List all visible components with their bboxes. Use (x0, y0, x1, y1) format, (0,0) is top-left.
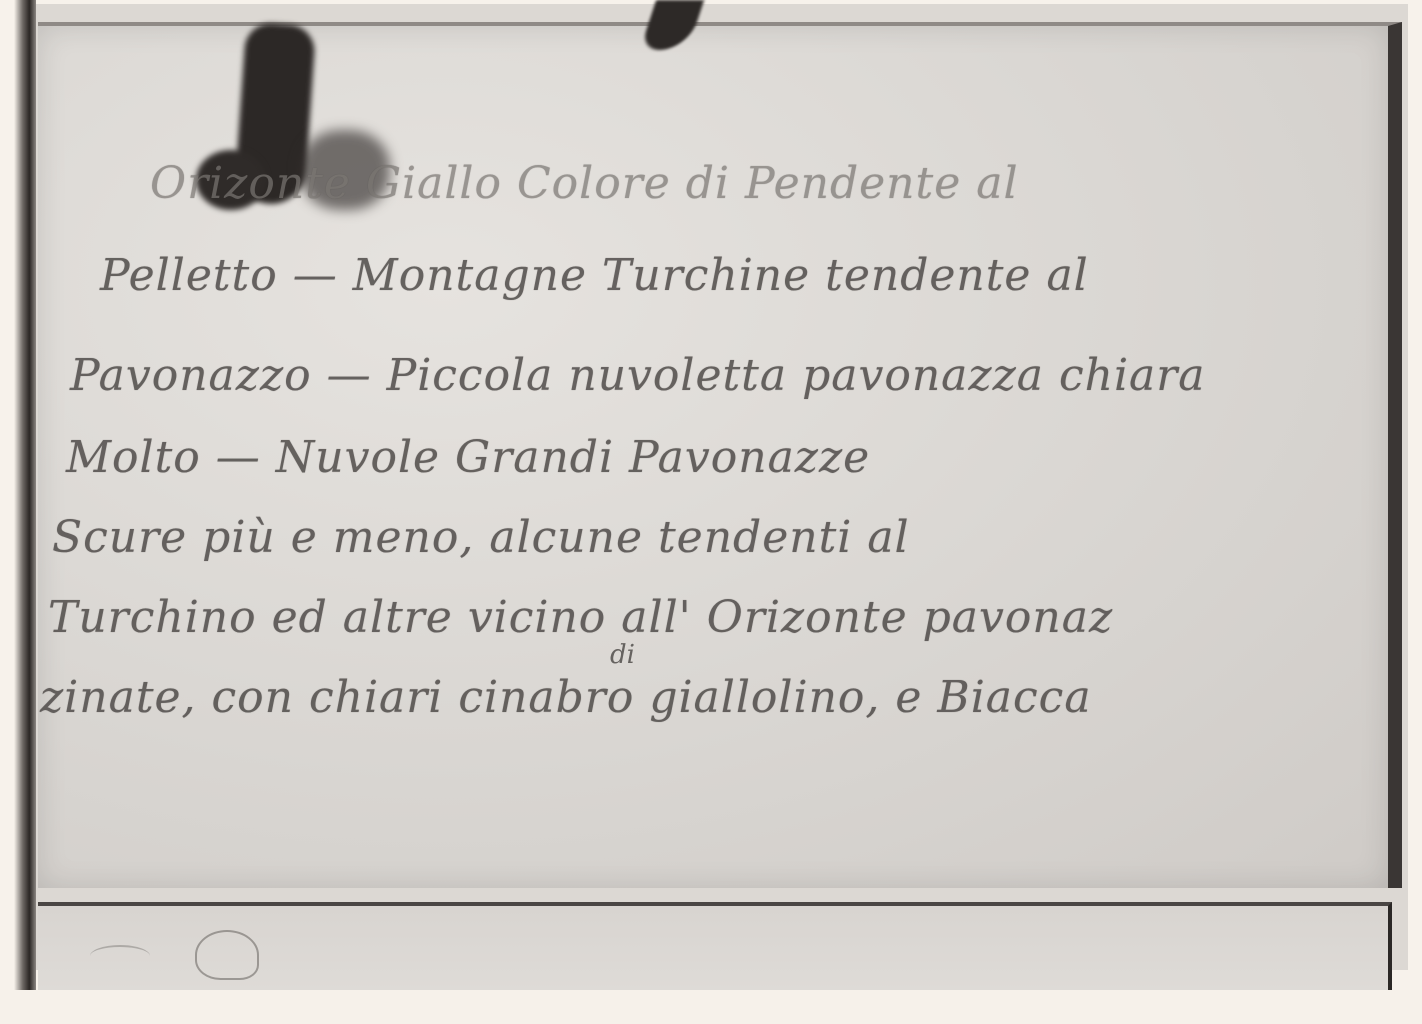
interlinear-insertion: di (610, 640, 635, 670)
manuscript-line-5: Scure più e meno, alcune tendenti al (52, 512, 910, 563)
pencil-sketch-icon (195, 930, 259, 980)
photo-border (0, 990, 1422, 1024)
manuscript-line-7: zinate, con chiari cinabro giallolino, e… (40, 672, 1092, 723)
page-left-edge (14, 0, 36, 1024)
manuscript-line-3: Pavonazzo — Piccola nuvoletta pavonazza … (70, 350, 1206, 401)
manuscript-line-2: Pelletto — Montagne Turchine tendente al (100, 250, 1089, 301)
manuscript-line-4: Molto — Nuvole Grandi Pavonazze (66, 432, 870, 483)
pencil-sketch-icon (90, 945, 150, 967)
manuscript-line-6: Turchino ed altre vicino all' Orizonte p… (48, 592, 1113, 643)
manuscript-line-1: Orizonte Giallo Colore di Pendente al (150, 158, 1019, 209)
